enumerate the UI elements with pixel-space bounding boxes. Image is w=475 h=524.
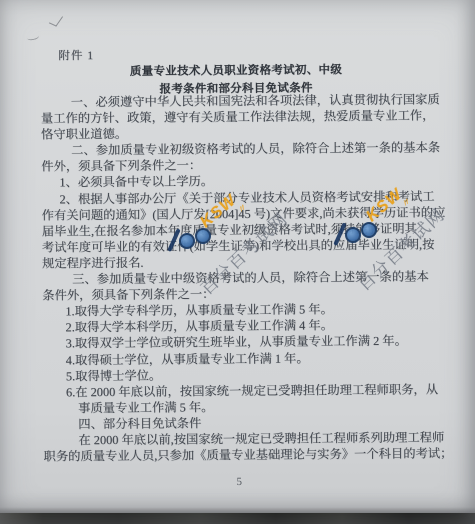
document-title-line1: 质量专业技术人员职业资格考试初、中级	[0, 60, 474, 80]
watermark-circle-icon	[179, 233, 195, 249]
document-line: 3.取得双学士学位或研究生班毕业，从事质量专业工作满 2 年。	[66, 333, 449, 352]
page-number: 5	[2, 474, 475, 490]
document-line: 量工作的方针、政策，遵守有关质量工作法律法规，热爱质量专业工作，	[41, 107, 447, 126]
scanned-page: 附件 1 质量专业技术人员职业资格考试初、中级 报考条件和部分科目免试条件 一、…	[0, 0, 475, 524]
document-line: 职务的质量专业人员,只参加《质量专业基础理论与实务》一个科目的考试；	[43, 445, 449, 464]
scan-bottom-strip	[0, 513, 475, 524]
watermark-circle-icon	[345, 227, 361, 243]
attachment-label: 附件 1	[58, 47, 94, 63]
document-body: 一、必须遵守中华人民共和国宪法和各项法律，认真贯彻执行国家质量工作的方针、政策，…	[41, 91, 450, 464]
document-line: 6.在 2000 年底以前，按国家统一规定已受聘担任助理工程师职务，从	[66, 381, 449, 400]
